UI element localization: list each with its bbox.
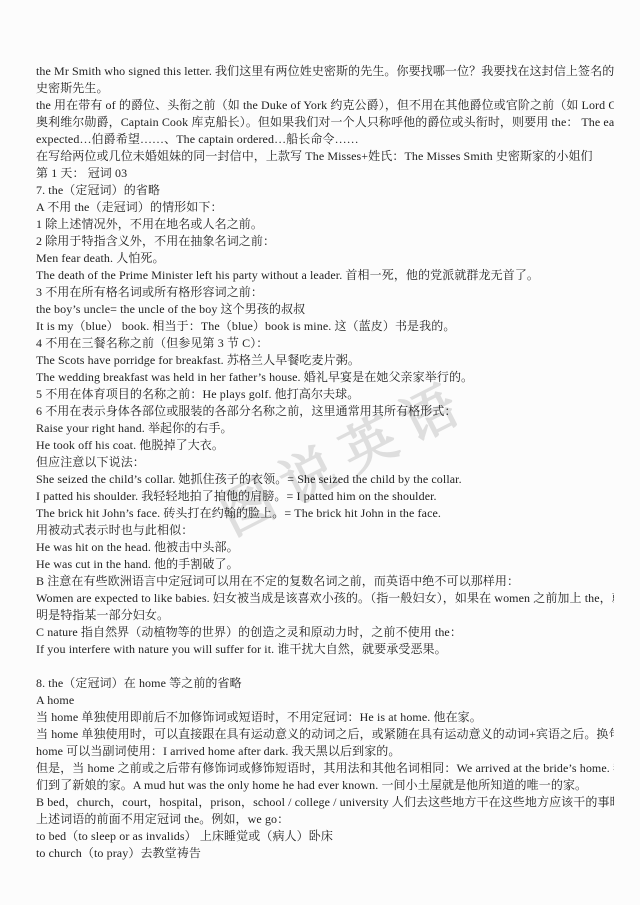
doc-line: 第 1 天： 冠词 03 xyxy=(36,165,614,182)
doc-line: Raise your right hand. 举起你的右手。 xyxy=(36,420,614,437)
doc-line: Men fear death. 人怕死。 xyxy=(36,250,614,267)
document-page: 图说英语 the Mr Smith who signed this letter… xyxy=(0,0,640,905)
doc-line: The Scots have porridge for breakfast. 苏… xyxy=(36,352,614,369)
doc-line: to church（to pray）去教堂祷告 xyxy=(36,845,614,862)
doc-line: A 不用 the（走冠词）的情形如下： xyxy=(36,199,614,216)
doc-line: 1 除上述情况外，不用在地名或人名之前。 xyxy=(36,216,614,233)
doc-line: 上述词语的前面不用定冠词 the。例如，we go： xyxy=(36,811,614,828)
doc-line: 2 除用于特指含义外，不用在抽象名词之前： xyxy=(36,233,614,250)
doc-line: 4 不用在三餐名称之前（但参见第 3 节 C）： xyxy=(36,335,614,352)
doc-line xyxy=(36,658,614,675)
doc-line: 5 不用在体育项目的名称之前：He plays golf. 他打高尔夫球。 xyxy=(36,386,614,403)
doc-line: She seized the child’s collar. 她抓住孩子的衣领。… xyxy=(36,471,614,488)
doc-line: The death of the Prime Minister left his… xyxy=(36,267,614,284)
doc-line: expected…伯爵希望……、The captain ordered…船长命令… xyxy=(36,131,614,148)
doc-line: B bed，church，court，hospital，prison，schoo… xyxy=(36,794,614,811)
doc-line: home 可以当副词使用：I arrived home after dark. … xyxy=(36,743,614,760)
doc-line: He was hit on the head. 他被击中头部。 xyxy=(36,539,614,556)
doc-line: 史密斯先生。 xyxy=(36,80,614,97)
doc-line: The wedding breakfast was held in her fa… xyxy=(36,369,614,386)
doc-line: Women are expected to like babies. 妇女被当成… xyxy=(36,590,614,607)
doc-line: the Mr Smith who signed this letter. 我们这… xyxy=(36,63,614,80)
doc-line: 7. the（定冠词）的省略 xyxy=(36,182,614,199)
doc-line: He was cut in the hand. 他的手割破了。 xyxy=(36,556,614,573)
doc-line: If you interfere with nature you will su… xyxy=(36,641,614,658)
doc-line: I patted his shoulder. 我轻轻地拍了拍他的肩膀。= I p… xyxy=(36,488,614,505)
doc-line: 们到了新娘的家。A mud hut was the only home he h… xyxy=(36,777,614,794)
doc-line: He took off his coat. 他脱掉了大衣。 xyxy=(36,437,614,454)
doc-line: 明是特指某一部分妇女。 xyxy=(36,607,614,624)
doc-line: A home xyxy=(36,692,614,709)
doc-line: 用被动式表示时也与此相似： xyxy=(36,522,614,539)
doc-line: the 用在带有 of 的爵位、头衔之前（如 the Duke of York … xyxy=(36,97,614,114)
doc-line: 当 home 单独使用时，可以直接跟在具有运动意义的动词之后，或紧随在具有运动意… xyxy=(36,726,614,743)
doc-line: to bed（to sleep or as invalids） 上床睡觉或（病人… xyxy=(36,828,614,845)
doc-line: 当 home 单独使用即前后不加修饰词或短语时，不用定冠词：He is at h… xyxy=(36,709,614,726)
doc-line: 但是，当 home 之前或之后带有修饰词或修饰短语时，其用法和其他名词相同：We… xyxy=(36,760,614,777)
doc-line: the boy’s uncle= the uncle of the boy 这个… xyxy=(36,301,614,318)
doc-line: The brick hit John’s face. 砖头打在约翰的脸上。= T… xyxy=(36,505,614,522)
doc-line: 3 不用在所有格名词或所有格形容词之前： xyxy=(36,284,614,301)
doc-line: It is my（blue） book. 相当于：The（blue）book i… xyxy=(36,318,614,335)
doc-line: B 注意在有些欧洲语言中定冠词可以用在不定的复数名词之前，而英语中绝不可以那样用… xyxy=(36,573,614,590)
doc-line: 6 不用在表示身体各部位或服装的各部分名称之前，这里通常用其所有格形式： xyxy=(36,403,614,420)
doc-line: C nature 指自然界（动植物等的世界）的创造之灵和原动力时，之前不使用 t… xyxy=(36,624,614,641)
doc-line: 在写给两位或几位未婚姐妹的同一封信中，上款写 The Misses+姓氏：The… xyxy=(36,148,614,165)
doc-line: 8. the（定冠词）在 home 等之前的省略 xyxy=(36,675,614,692)
doc-line: 但应注意以下说法： xyxy=(36,454,614,471)
doc-line: 奥利维尔勋爵，Captain Cook 库克船长）。但如果我们对一个人只称呼他的… xyxy=(36,114,614,131)
document-body: the Mr Smith who signed this letter. 我们这… xyxy=(36,63,614,862)
